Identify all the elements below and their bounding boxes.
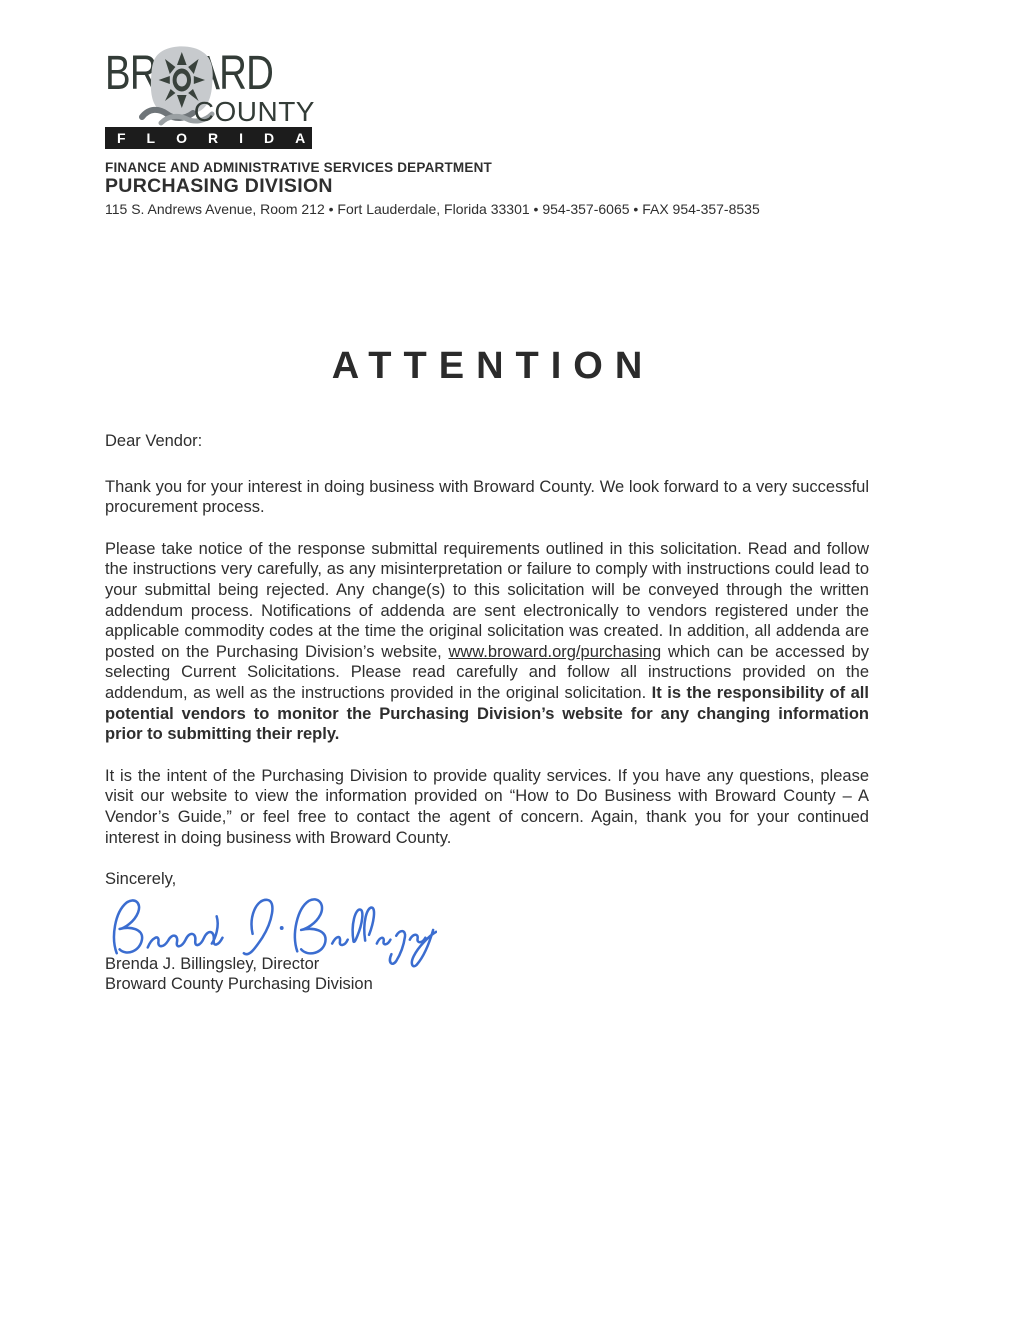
paragraph-1: Thank you for your interest in doing bus…	[105, 477, 869, 518]
logo-county-text: COUNTY	[194, 98, 315, 126]
logo-florida-banner: FLORIDA	[105, 127, 312, 149]
paragraph-3: It is the intent of the Purchasing Divis…	[105, 766, 869, 848]
signer-name-title: Brenda J. Billingsley, Director	[105, 954, 869, 975]
division-name: PURCHASING DIVISION	[105, 175, 333, 198]
department-name: FINANCE AND ADMINISTRATIVE SERVICES DEPA…	[105, 160, 492, 175]
letter-page: BR WARD COUNTY FLORIDA FINANCE AND AD	[0, 0, 1020, 1320]
paragraph-2: Please take notice of the response submi…	[105, 539, 869, 745]
signer-organization: Broward County Purchasing Division	[105, 974, 869, 995]
logo-wordmark: BR WARD	[105, 50, 273, 100]
salutation: Dear Vendor:	[105, 431, 869, 452]
letter-title: ATTENTION	[105, 345, 869, 388]
broward-county-logo: BR WARD COUNTY FLORIDA	[105, 50, 315, 150]
letter-body: Dear Vendor: Thank you for your interest…	[105, 431, 869, 995]
purchasing-website-link[interactable]: www.broward.org/purchasing	[448, 643, 661, 661]
address-line: 115 S. Andrews Avenue, Room 212 • Fort L…	[105, 201, 760, 217]
